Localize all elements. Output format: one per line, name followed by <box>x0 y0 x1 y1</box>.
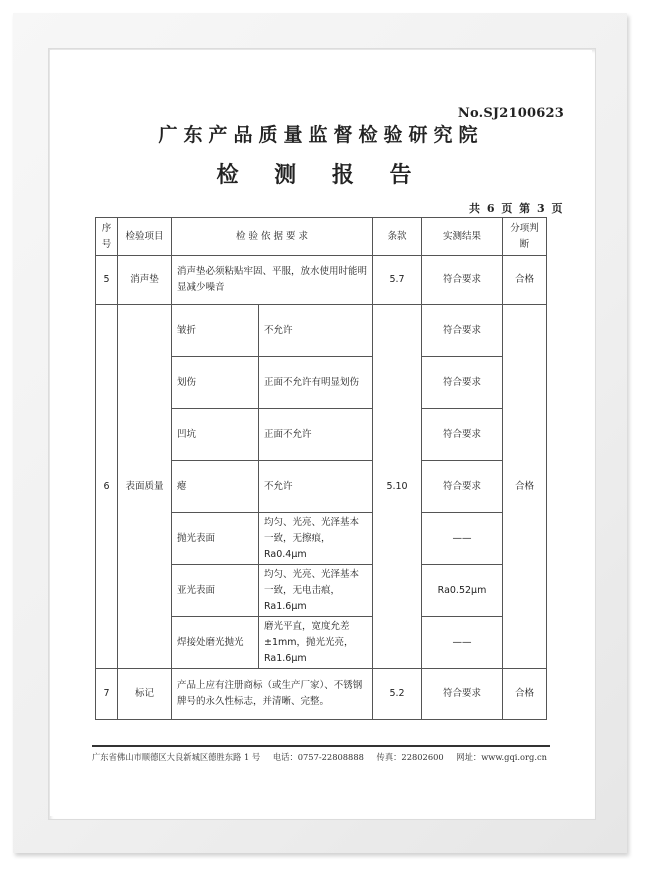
header-item: 检验项目 <box>118 218 172 256</box>
sub-item-name: 皱折 <box>172 305 259 357</box>
row-clause: 5.7 <box>373 256 422 305</box>
row-no: 5 <box>96 256 118 305</box>
report-page: No.SJ2100623 广东产品质量监督检验研究院 检 测 报 告 共 6 页… <box>50 50 592 816</box>
sub-item-requirement: 均匀、光亮、光泽基本一致，无电击痕，Ra1.6μm <box>259 565 373 617</box>
sub-item-name: 焊接处磨光抛光 <box>172 617 259 669</box>
sub-item-requirement: 磨光平直，宽度允差±1mm，抛光光亮，Ra1.6μm <box>259 617 373 669</box>
table-header-row: 序号 检验项目 检 验 依 据 要 求 条款 实测结果 分项判断 <box>96 218 547 256</box>
footer: 广东省佛山市顺德区大良新城区德胜东路 1 号 电话：0757-22808888 … <box>92 751 562 763</box>
row-judgement: 合格 <box>503 669 547 720</box>
table-row: 7 标记 产品上应有注册商标（或生产厂家）、不锈钢牌号的永久性标志，并清晰、完整… <box>96 669 547 720</box>
page-info: 共 6 页 第 3 页 <box>469 200 564 216</box>
table-row: 6 表面质量 皱折 不允许 5.10 符合要求 合格 <box>96 305 547 357</box>
row-requirement: 产品上应有注册商标（或生产厂家）、不锈钢牌号的永久性标志，并清晰、完整。 <box>172 669 373 720</box>
row-no: 6 <box>96 305 118 669</box>
sub-item-requirement: 不允许 <box>259 305 373 357</box>
sub-item-name: 亚光表面 <box>172 565 259 617</box>
row-no: 7 <box>96 669 118 720</box>
row-clause: 5.2 <box>373 669 422 720</box>
sub-item-result: 符合要求 <box>422 357 503 409</box>
row-requirement: 消声垫必须粘贴牢固、平服，放水使用时能明显减少噪音 <box>172 256 373 305</box>
sub-item-result: 符合要求 <box>422 305 503 357</box>
footer-fax: 传真：22802600 <box>377 752 444 762</box>
header-result: 实测结果 <box>422 218 503 256</box>
sub-item-name: 抛光表面 <box>172 513 259 565</box>
document-number: No.SJ2100623 <box>458 106 564 121</box>
table-row: 5 消声垫 消声垫必须粘贴牢固、平服，放水使用时能明显减少噪音 5.7 符合要求… <box>96 256 547 305</box>
sub-item-result: 符合要求 <box>422 409 503 461</box>
sub-item-result: Ra0.52μm <box>422 565 503 617</box>
footer-website: 网址：www.gqi.org.cn <box>456 752 547 762</box>
footer-address: 广东省佛山市顺德区大良新城区德胜东路 1 号 <box>92 752 260 762</box>
header-requirement: 检 验 依 据 要 求 <box>172 218 373 256</box>
sub-item-result: —— <box>422 513 503 565</box>
report-title: 检 测 报 告 <box>50 158 592 189</box>
sub-item-requirement: 不允许 <box>259 461 373 513</box>
row-item: 消声垫 <box>118 256 172 305</box>
row-item: 标记 <box>118 669 172 720</box>
row-judgement: 合格 <box>503 305 547 669</box>
inspection-table: 序号 检验项目 检 验 依 据 要 求 条款 实测结果 分项判断 5 消声垫 消… <box>95 217 547 720</box>
header-judgement: 分项判断 <box>503 218 547 256</box>
sub-item-name: 瘪 <box>172 461 259 513</box>
row-result: 符合要求 <box>422 256 503 305</box>
sub-item-name: 凹坑 <box>172 409 259 461</box>
row-result: 符合要求 <box>422 669 503 720</box>
sub-item-result: 符合要求 <box>422 461 503 513</box>
header-no: 序号 <box>96 218 118 256</box>
sub-item-result: —— <box>422 617 503 669</box>
sub-item-requirement: 正面不允许有明显划伤 <box>259 357 373 409</box>
sub-item-name: 划伤 <box>172 357 259 409</box>
sub-item-requirement: 均匀、光亮、光泽基本一致，无擦痕，Ra0.4μm <box>259 513 373 565</box>
footer-phone: 电话：0757-22808888 <box>273 752 364 762</box>
organization-name: 广东产品质量监督检验研究院 <box>50 120 592 147</box>
row-judgement: 合格 <box>503 256 547 305</box>
footer-divider <box>92 745 550 747</box>
sub-item-requirement: 正面不允许 <box>259 409 373 461</box>
row-clause: 5.10 <box>373 305 422 669</box>
header-clause: 条款 <box>373 218 422 256</box>
row-item: 表面质量 <box>118 305 172 669</box>
